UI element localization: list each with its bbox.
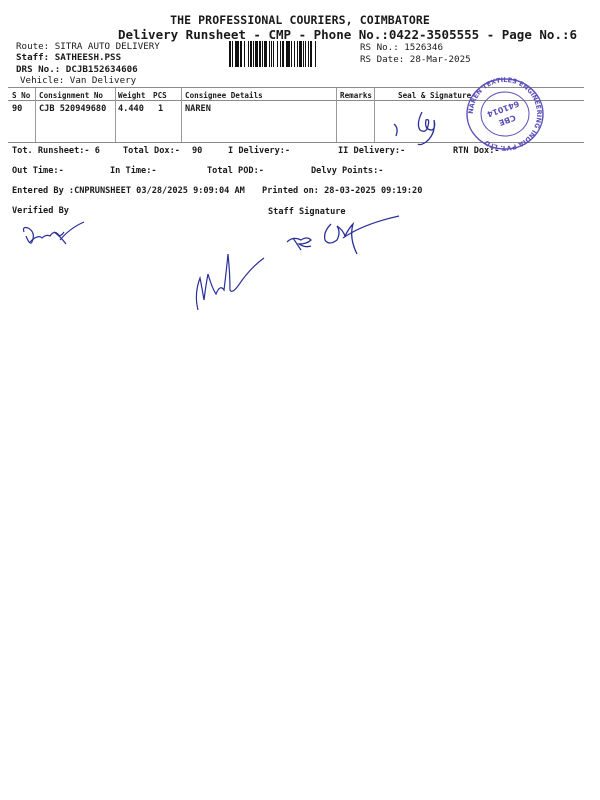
col-divider [336, 88, 337, 142]
svg-text:NAREN TEXTILES ENGINEERING IND: NAREN TEXTILES ENGINEERING INDIA PVT. LT… [467, 76, 543, 152]
col-header-consignee: Consignee Details [185, 91, 263, 100]
staff-signature [283, 214, 403, 264]
tot-runsheet: Tot. Runsheet:- 6 [12, 146, 100, 156]
col-header-seal: Seal & Signature [398, 91, 471, 100]
rs-number: RS No.: 1526346 [360, 42, 443, 53]
seal-signature [390, 108, 450, 148]
vehicle-label: Vehicle: Van Delivery [20, 75, 136, 86]
company-title: THE PROFESSIONAL COURIERS, COIMBATORE [0, 13, 600, 27]
ii-delivery: II Delivery:- [338, 146, 405, 156]
verifier-signature [20, 222, 90, 262]
out-time: Out Time:- [12, 166, 64, 176]
receiver-signature [190, 244, 270, 314]
company-seal-stamp: NAREN TEXTILES ENGINEERING INDIA PVT. LT… [463, 76, 547, 152]
col-header-sno: S No [12, 91, 30, 100]
total-dox-label: Total Dox:- [123, 146, 180, 156]
col-header-weight: Weight [118, 91, 145, 100]
total-pod: Total POD:- [207, 166, 264, 176]
in-time: In Time:- [110, 166, 157, 176]
col-divider [35, 88, 36, 142]
entered-by: Entered By :CNPRUNSHEET 03/28/2025 9:09:… [12, 186, 245, 196]
col-divider [115, 88, 116, 142]
runsheet-subtitle: Delivery Runsheet - CMP - Phone No.:0422… [0, 27, 600, 42]
cell-sno: 90 [12, 104, 22, 114]
barcode-image [229, 41, 358, 67]
col-divider [374, 88, 375, 142]
cell-pcs: 1 [158, 104, 163, 114]
drs-number: DRS No.: DCJB152634606 [16, 64, 138, 75]
cell-weight: 4.440 [118, 104, 144, 114]
col-header-pcs: PCS [153, 91, 167, 100]
verified-by-label: Verified By [12, 206, 69, 216]
i-delivery: I Delivery:- [228, 146, 290, 156]
cell-consignee: NAREN [185, 104, 211, 114]
staff-label: Staff: SATHEESH.PSS [16, 52, 121, 63]
delvy-points: Delvy Points:- [311, 166, 383, 176]
rtn-dox: RTN Dox:- [453, 146, 500, 156]
col-divider [181, 88, 182, 142]
printed-on: Printed on: 28-03-2025 09:19:20 [262, 186, 422, 196]
col-header-remarks: Remarks [340, 91, 372, 100]
rs-date: RS Date: 28-Mar-2025 [360, 54, 471, 65]
route-label: Route: SITRA AUTO DELIVERY [16, 41, 160, 52]
total-dox-value: 90 [192, 146, 202, 156]
cell-consignment-no: CJB 520949680 [39, 104, 106, 114]
col-header-consignment: Consignment No [39, 91, 103, 100]
